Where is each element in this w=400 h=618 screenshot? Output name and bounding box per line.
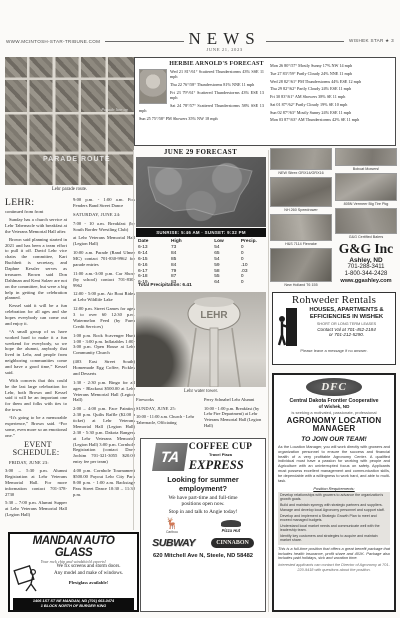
rohweder-contact: or 701-212-5290.	[301, 332, 392, 337]
sunrise-sunset-bar: SUNRISE: 5:46 AM · SUNSET: 9:32 PM	[136, 228, 266, 237]
equipment-photo	[270, 148, 332, 170]
caribou-label: Caribou	[166, 530, 178, 534]
article-paragraph: Brown said planning started in 2021 and …	[5, 237, 67, 302]
schedule-entry: Perry Schnabel Lehr Alumni	[204, 397, 266, 403]
forecast-day: Sat 24 78°/57° Scattered Thunderstorms 5…	[139, 103, 264, 114]
parade-route-aerial-photo: Parade line up PARADE ROUTE	[5, 57, 134, 185]
article-continued-note: continued from front	[5, 209, 67, 215]
article-paragraph: “It's going to be a memorable experience…	[5, 415, 67, 439]
column-divider	[268, 150, 269, 612]
page-header: WWW.MCINTOSH-STAR-TRIBUNE.COM NEWS JUNE …	[6, 30, 394, 53]
equipment-caption: NH 260 Speedrower	[270, 208, 332, 212]
gg-city: Ashley, ND	[335, 257, 397, 264]
equipment-photo	[335, 148, 397, 166]
forecast-day: Sun 25 75°/58° PM Showers 35% NW 18 mph	[139, 116, 264, 121]
coffee-cup-logo-block: TA COFFEE CUP Travel Plaza EXPRESS	[144, 443, 262, 471]
dfc-requirement: Develop relationships with growers to ad…	[280, 493, 388, 502]
column-divider	[133, 150, 134, 530]
header-rule-right	[266, 41, 344, 42]
sunday-schedule: Fireworks SUNDAY, JUNE 25: 10:00 - 11:00…	[136, 397, 266, 432]
forecast-day: Wed 28 82°/61° PM Thunderstorms 44% ESE …	[270, 79, 391, 84]
equipment-photo	[335, 173, 397, 201]
schedule-entry: 7:00 - 10 a.m. Breakfast (by South Borde…	[73, 221, 135, 233]
equipment-caption: NEW Sitrex GRX14/GRX16	[270, 171, 332, 175]
us-weather-map	[136, 157, 266, 227]
page-indicator: WISHEK STAR ★ 3	[349, 38, 394, 44]
ad-body-line: Stop in and talk to Angie today!	[144, 509, 262, 515]
sunday-column-right: Perry Schnabel Lehr Alumni 10:00 - 1:00 …	[204, 397, 266, 432]
article-column-b: 9:00 p.m. - 1:00 a.m. Fox Fenders Band S…	[73, 197, 135, 531]
mandan-directions: 1 BLOCK NORTH OF BURGER KING	[13, 604, 134, 609]
schedule-entry: 1:30 - 2:30 p.m. Bingo for all ages - Bl…	[73, 380, 135, 404]
equipment-caption: New Holland T6 155	[270, 283, 332, 287]
header-rule-left	[105, 41, 183, 42]
schedule-entry: 11:00 a.m.-3:00 p.m. Car Show (by school…	[73, 271, 135, 289]
dfc-benefits: This is a full-time position that offers…	[278, 547, 390, 562]
dfc-contact: Interested applicants can contact the Di…	[278, 563, 390, 572]
sunday-column-left: Fireworks SUNDAY, JUNE 25: 10:00 - 11:00…	[136, 397, 198, 432]
schedule-entry: 2:00 – 4:00 p.m. Face Painting 2:30 p.m.…	[73, 406, 135, 465]
rohweder-title: Rohweder Rentals	[276, 295, 392, 306]
dfc-intro-paragraph: As the Location Manager, you will work d…	[278, 445, 390, 484]
gg-phone: 1-800-344-2428	[335, 271, 397, 278]
parade-route-overlay: PARADE ROUTE	[43, 156, 110, 163]
schedule-entry: Fireworks	[136, 397, 198, 403]
article-column-a: LEHR: continued from front Sunday has a …	[5, 197, 67, 531]
sunday-label: SUNDAY, JUNE 25:	[136, 406, 198, 412]
parade-photo-caption: Lehr parade route.	[5, 187, 134, 192]
dfc-role-line2: MANAGER	[278, 425, 390, 433]
equipment-caption: Bobcat Mowers!	[335, 167, 397, 171]
dfc-requirements-list: Develop relationships with growers to ad…	[278, 492, 390, 545]
dfc-requirement: Develop and implement a Strategic Growth…	[280, 514, 388, 523]
friday-label: FRIDAY, JUNE 23:	[5, 460, 67, 466]
dfc-join-line: TO JOIN OUR TEAM!	[278, 436, 390, 443]
article-heading: LEHR:	[5, 197, 67, 209]
dfc-requirement: Identify key customers and strategies to…	[280, 534, 388, 543]
express-wordmark: EXPRESS	[189, 459, 252, 472]
equipment-caption: H&S 7114 Flexrake	[270, 242, 332, 246]
schedule-entry: at Lehr Veterans Memorial Hall (Legion H…	[73, 235, 135, 247]
forecast-day: Sun 02 87°/63° Mostly Sunny 24% ESE 11 m…	[270, 110, 391, 115]
june29-forecast-title: JUNE 29 FORECAST	[134, 148, 267, 156]
caribou-icon: 🦌	[165, 519, 179, 530]
schedule-entry: 10:00 a.m. Parade (Rand Ulmer MC) contac…	[73, 250, 135, 268]
equipment-photo	[270, 214, 332, 242]
subway-logo: SUBWAY	[152, 537, 195, 549]
schedule-entry: 5:30 – 7:00 p.m. Alumni Supper at Lehr V…	[5, 500, 67, 518]
rohweder-line: EFFICIENCIES IN WISHEK	[301, 314, 392, 321]
schedule-entry: 1:00 p.m. Rock Scavenger Hunt 1:00 - 3:0…	[73, 333, 135, 357]
us-map-outline-icon	[144, 161, 258, 221]
site-url: WWW.MCINTOSH-STAR-TRIBUNE.COM	[6, 39, 100, 44]
ad-body-line: positions open now.	[144, 501, 262, 507]
issue-date: JUNE 21, 2023	[189, 48, 261, 53]
event-schedule-heading: EVENT SCHEDULE:	[5, 441, 67, 459]
rohweder-text: HOUSES, APARTMENTS & EFFICIENCIES IN WIS…	[301, 307, 392, 347]
weather-forecast-box: HERBIE ARNOLD'S FORECAST Wed 21 81°/61° …	[134, 57, 396, 146]
pizza-hut-logo: Pizza Hut	[221, 520, 241, 533]
caribou-coffee-logo: 🦌 Caribou	[165, 519, 179, 534]
total-precipitation: Total Precipitation: 6.41	[138, 283, 265, 288]
mandan-line: Any model and make of windows.	[43, 571, 134, 578]
lehr-article: LEHR: continued from front Sunday has a …	[5, 197, 135, 531]
coffee-cup-express-ad: TA COFFEE CUP Travel Plaza EXPRESS Looki…	[140, 438, 266, 612]
article-paragraph: Kessel said it will be a fun celebration…	[5, 303, 67, 327]
glass-installer-icon	[13, 564, 43, 596]
mandan-footer-note: Drop off your screen windows at the Depo…	[13, 611, 134, 612]
forecast-left-column: HERBIE ARNOLD'S FORECAST Wed 21 81°/61° …	[139, 61, 264, 142]
schedule-entry: 3:00 – 5:30 p.m. Alumni Registration at …	[5, 468, 67, 497]
person-at-door-icon	[276, 307, 298, 347]
schedule-entry: 12:00 p.m. Street Games for ages 3 to ov…	[73, 306, 135, 330]
forecast-right-column: Mon 26 80°/57° Mostly Sunny 17% NW 14 mp…	[270, 61, 391, 142]
newspaper-page: WWW.MCINTOSH-STAR-TRIBUNE.COM NEWS JUNE …	[0, 0, 400, 618]
forecast-day: Sat 01 87°/62° Partly Cloudy 19% SE 10 m…	[270, 102, 391, 107]
dfc-logo: DFC	[306, 378, 362, 396]
forecast-day: Mon 03 87°/63° AM Thunderstorms 42% SE 1…	[270, 117, 391, 122]
equipment-caption: 805N Vermeer Big Tire Pkg	[335, 202, 397, 206]
water-tower-photo: LEHR	[136, 292, 266, 387]
equipment-photo	[270, 177, 332, 207]
dfc-requirement: Manage and develop local Agronomy person…	[280, 508, 388, 512]
schedule-entry: (403 East Street South) Homemade Egg Cof…	[73, 359, 135, 377]
mandan-auto-glass-ad: MANDAN AUTO GLASS Your rock chip and win…	[8, 532, 139, 612]
schedule-entry: 10:00 - 1:00 p.m. Breakfast (by Lehr Fir…	[204, 406, 266, 429]
article-paragraph: Sunday has a church service at Lehr Tabe…	[5, 217, 67, 235]
dfc-requirement: Build and maintain synergy with strategi…	[280, 503, 388, 507]
section-title-block: NEWS JUNE 21, 2023	[189, 30, 261, 53]
schedule-entry: 9:00 p.m. - 1:00 a.m. Fox Fenders Band S…	[73, 197, 135, 209]
equipment-photo	[270, 248, 332, 282]
ad-address: 620 Mitchell Ave N, Steele, ND 58482	[144, 553, 262, 559]
water-tower-caption: Lehr water tower.	[136, 389, 266, 394]
equipment-caption: G&G Certified Balers	[335, 235, 397, 239]
gg-phone: 701-288-3411	[335, 264, 397, 271]
brand-logo-row: SUBWAY CINNABON	[144, 537, 262, 549]
cinnabon-logo: CINNABON	[211, 538, 254, 548]
section-title: NEWS	[189, 30, 261, 47]
schedule-entry: 12:00 - 5:00 p.m. Air Boat Rides at Lehr…	[73, 291, 135, 303]
precipitation-table: Date High Low Precip. 6-1373540 6-148465…	[138, 239, 265, 286]
forecast-title: HERBIE ARNOLD'S FORECAST	[169, 61, 264, 67]
mandan-address-bar: 1406 1ST ST NE MANDAN, ND (701) 663-0474…	[13, 598, 134, 610]
rohweder-rentals-ad: Rohweder Rentals HOUSES, APARTMENTS & EF…	[272, 292, 396, 365]
gg-right-column: Bobcat Mowers! 805N Vermeer Big Tire Pkg…	[335, 148, 397, 288]
svg-text:LEHR: LEHR	[200, 310, 228, 321]
article-paragraph: “A small group of us have worked hard to…	[5, 329, 67, 376]
mandan-line: We fix screens and storm doors.	[43, 564, 134, 571]
dfc-requirement: Understand local market needs and commun…	[280, 524, 388, 533]
rohweder-lease-note: SHORT OR LONG TERM LEASES	[301, 322, 392, 326]
gg-left-column: NEW Sitrex GRX14/GRX16 NH 260 Speedrower…	[270, 148, 332, 288]
forecast-day: Mon 26 80°/57° Mostly Sunny 17% NW 14 mp…	[270, 63, 391, 68]
saturday-label: SATURDAY, JUNE 24:	[73, 212, 135, 218]
ad-headline: Looking for summer employment?	[144, 475, 262, 493]
gg-website: www.ggashley.com	[335, 278, 397, 284]
forecast-day: Thu 29 82°/62° Partly Cloudy 24% ESE 11 …	[270, 86, 391, 91]
forecast-day: Tue 27 83°/59° Partly Cloudy 24% NNE 11 …	[270, 71, 391, 76]
mandan-plexi-line: Plexiglass available!	[43, 580, 134, 585]
travel-plaza-label: Travel Plaza	[189, 453, 252, 457]
gg-company-name: G&G Inc	[335, 242, 397, 256]
mandan-title: MANDAN AUTO GLASS	[13, 536, 134, 559]
dfc-location: of Wishek, ND	[278, 404, 390, 409]
parade-lineup-overlay: Parade line up	[101, 107, 128, 112]
rohweder-line: HOUSES, APARTMENTS &	[301, 307, 392, 314]
water-tower-icon: LEHR	[136, 292, 266, 387]
gg-equipment-ad: NEW Sitrex GRX14/GRX16 NH 260 Speedrower…	[270, 148, 398, 288]
schedule-entry: 4:00 p.m. Cornhole Tournament $500.00 Pa…	[73, 468, 135, 497]
gg-company-block: G&G Inc Ashley, ND 701-288-3411 1-800-34…	[335, 242, 397, 284]
forecaster-photo	[139, 69, 167, 104]
rohweder-footer: Please leave a message if no answer.	[276, 348, 392, 353]
pizza-hut-roof-icon	[221, 520, 241, 527]
dfc-agronomy-ad: DFC Central Dakota Frontier Cooperative …	[272, 373, 396, 612]
dfc-requirements-heading: Position Requirements:	[278, 486, 390, 491]
schedule-entry: 10:00 - 11:00 a.m. Church - Lehr Taberna…	[136, 414, 198, 425]
brand-logo-row: 🦌 Caribou Pizza Hut	[144, 519, 262, 534]
ta-logo: TA	[152, 443, 188, 471]
forecast-day: Fri 30 83°/61° AM Showers 38% SE 11 mph	[270, 94, 391, 99]
dfc-seeking-line: is seeking a motivated, passionate, prof…	[278, 410, 390, 415]
pizza-hut-label: Pizza Hut	[222, 528, 241, 533]
equipment-photo	[335, 208, 397, 234]
article-paragraph: With concerts that this could be the las…	[5, 378, 67, 413]
